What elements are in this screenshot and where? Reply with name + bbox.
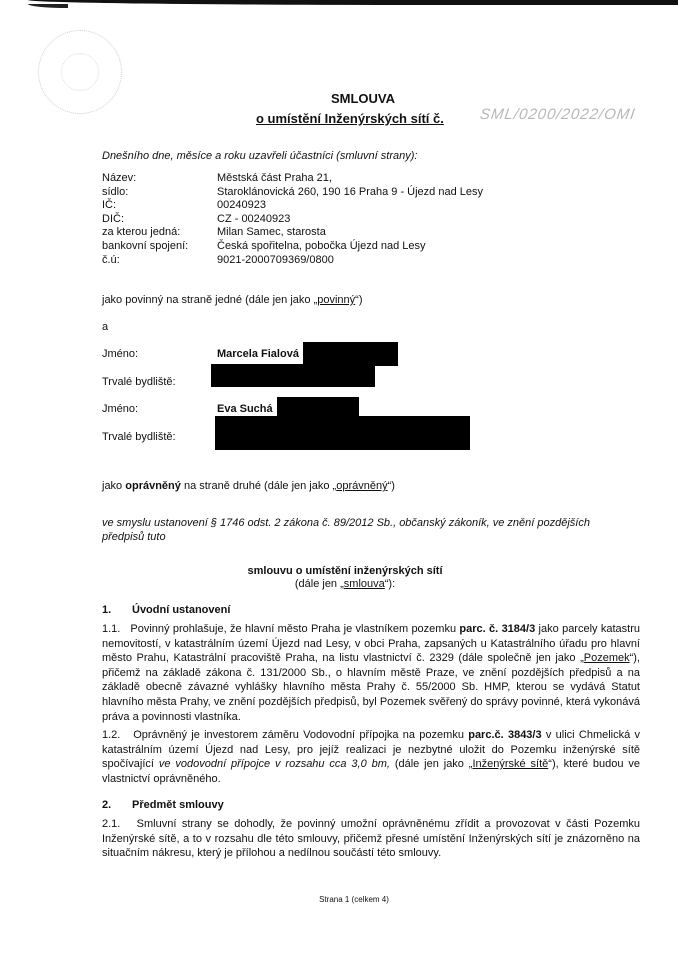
person2-address-redacted: [215, 416, 470, 450]
paragraph-2-1: 2.1. Smluvní strany se dohodly, že povin…: [102, 817, 640, 861]
document-subtitle: o umístění Inženýrských sítí č.: [256, 111, 444, 126]
party1-role: jako povinný na straně jedné (dále jen j…: [102, 294, 363, 306]
party1-row: IČ:00240923: [102, 199, 483, 213]
party1-details: Název:Městská část Praha 21, sídlo:Staro…: [102, 172, 483, 267]
party2-role: jako oprávněný na straně druhé (dále jen…: [102, 480, 395, 492]
legal-basis-line2: předpisů tuto: [102, 531, 166, 543]
contract-heading-sub: (dále jen „smlouva“):: [0, 578, 678, 590]
person2-address-label: Trvalé bydliště:: [102, 431, 176, 443]
party1-row: sídlo:Staroklánovická 260, 190 16 Praha …: [102, 186, 483, 200]
section-1-title: Úvodní ustanovení: [132, 604, 230, 616]
contract-heading: smlouvu o umístění inženýrských sítí: [0, 565, 678, 577]
person1-name: Marcela Fialová: [217, 348, 299, 360]
party1-row: DIČ:CZ - 00240923: [102, 213, 483, 227]
party1-row: Název:Městská část Praha 21,: [102, 172, 483, 186]
page-footer: Strana 1 (celkem 4): [0, 895, 678, 904]
paragraph-1-1: 1.1. Povinný prohlašuje, že hlavní město…: [102, 622, 640, 724]
person1-address-label: Trvalé bydliště:: [102, 376, 176, 388]
section-1-number: 1.: [102, 604, 111, 616]
intro-text: Dnešního dne, měsíce a roku uzavřeli úča…: [102, 150, 417, 162]
scan-edge-mark: [28, 0, 678, 5]
person2-name-label: Jméno:: [102, 403, 138, 415]
and-text: a: [102, 321, 108, 333]
legal-basis-line1: ve smyslu ustanovení § 1746 odst. 2 záko…: [102, 517, 590, 529]
section-2-number: 2.: [102, 799, 111, 811]
redaction-block: [303, 342, 398, 366]
party1-row: za kterou jedná:Milan Samec, starosta: [102, 226, 483, 240]
party1-row: bankovní spojení:Česká spořitelna, poboč…: [102, 240, 483, 254]
person2-name: Eva Suchá: [217, 403, 273, 415]
redaction-block: [277, 397, 359, 417]
paragraph-1-2: 1.2. Oprávněný je investorem záměru Vodo…: [102, 728, 640, 786]
party1-row: č.ú:9021-2000709369/0800: [102, 254, 483, 268]
scan-edge-mark-tail: [28, 4, 68, 8]
person1-name-label: Jméno:: [102, 348, 138, 360]
person1-address-redacted: [211, 364, 375, 387]
section-2-title: Předmět smlouvy: [132, 799, 224, 811]
contract-number: SML/0200/2022/OMI: [479, 106, 637, 123]
document-title: SMLOUVA: [0, 91, 678, 106]
